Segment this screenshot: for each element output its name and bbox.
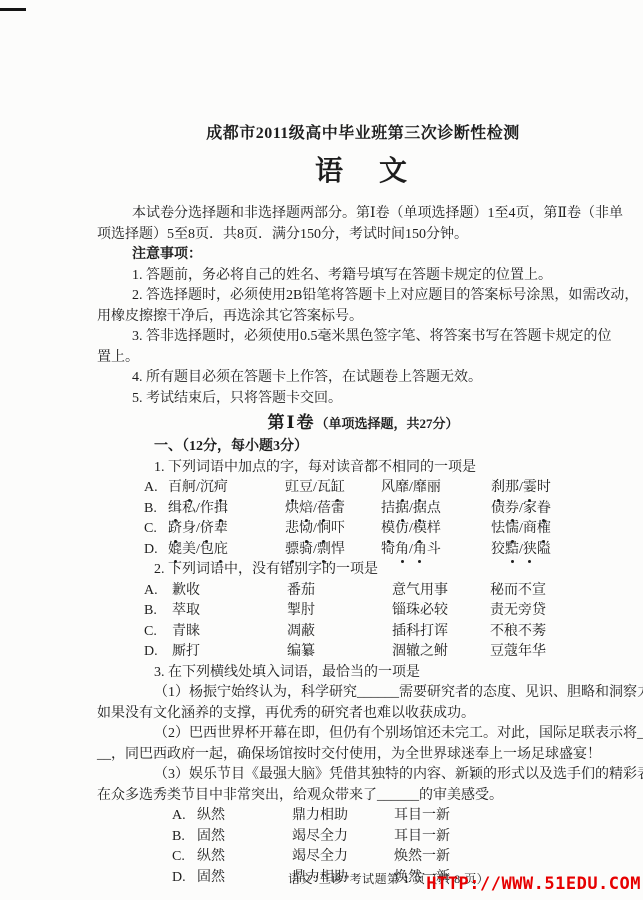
pinyin-pair: 缉私/作揖 xyxy=(168,499,285,520)
option-word: 纵然 xyxy=(197,806,292,827)
option-word: 耳目一新 xyxy=(394,827,629,848)
page-content: 成都市2011级高中毕业班第三次诊断性检测 语 文 本试卷分选择题和非选择题两部… xyxy=(0,0,643,888)
intro-paragraph: 本试卷分选择题和非选择题两部分。第Ⅰ卷（单项选择题）1至4页，第Ⅱ卷（非单 项选… xyxy=(97,204,629,245)
option-letter: C. xyxy=(144,622,172,643)
q3-paragraph-line: 如果没有文化涵养的支撑，再优秀的研究者也难以收获成功。 xyxy=(97,704,629,725)
option-row: A. 百舸/沉疴 豇豆/瓦缸 风靡/靡丽 刹那/霎时 xyxy=(144,478,629,499)
option-word: 锱珠必较 xyxy=(392,601,490,622)
option-word: 歉收 xyxy=(172,581,287,602)
site-url-watermark: HTTP://WWW.51EDU.COM xyxy=(426,874,641,895)
option-row: A. 歉收 番茄 意气用事 秘而不宣 xyxy=(144,581,629,602)
option-row: D. 媲美/包庇 骠骑/剽悍 犄角/角斗 狡黠/狭隘 xyxy=(144,540,629,561)
option-letter: D. xyxy=(172,868,197,889)
section1-subtitle: （单项选择题，共27分） xyxy=(315,416,458,431)
option-word: 萃取 xyxy=(172,601,287,622)
option-row: A. 纵然 鼎力相助 耳目一新 xyxy=(172,806,629,827)
question3-body: （1）杨振宁始终认为，科学研究______需要研究者的态度、见识、胆略和洞察力，… xyxy=(97,683,629,806)
option-row: B. 固然 竭尽全力 耳目一新 xyxy=(172,827,629,848)
question1-options: A. 百舸/沉疴 豇豆/瓦缸 风靡/靡丽 刹那/霎时 B. 缉私/作揖 烘焙/蓓… xyxy=(97,478,629,560)
notice-item: 4. 所有题目必须在答题卡上作答，在试题卷上答题无效。 xyxy=(97,368,629,389)
option-letter: C. xyxy=(172,847,197,868)
option-word: 焕然一新 xyxy=(394,847,629,868)
option-letter: C. xyxy=(144,519,168,540)
option-word: 意气用事 xyxy=(392,581,490,602)
option-word: 固然 xyxy=(197,868,292,889)
option-letter: B. xyxy=(172,827,197,848)
pinyin-pair: 风靡/靡丽 xyxy=(381,478,491,499)
question2-options: A. 歉收 番茄 意气用事 秘而不宣 B. 萃取 掣肘 锱珠必较 责无旁贷 C.… xyxy=(97,581,629,663)
pinyin-pair: 债券/家眷 xyxy=(491,499,629,520)
notice-item-continuation: 置上。 xyxy=(97,348,629,369)
option-letter: D. xyxy=(144,540,168,561)
option-word: 纵然 xyxy=(197,847,292,868)
option-row: B. 萃取 掣肘 锱珠必较 责无旁贷 xyxy=(144,601,629,622)
option-letter: A. xyxy=(172,806,197,827)
option-word: 编纂 xyxy=(287,642,392,663)
question3-stem: 3. 在下列横线处填入词语，最恰当的一项是 xyxy=(97,663,629,684)
option-word: 青睐 xyxy=(172,622,287,643)
notice-heading: 注意事项： xyxy=(97,245,629,266)
subject-title: 语 文 xyxy=(97,156,629,188)
option-word: 竭尽全力 xyxy=(292,847,394,868)
question2-stem: 2. 下列词语中，没有错别字的一项是 xyxy=(97,560,629,581)
option-letter: D. xyxy=(144,642,172,663)
pinyin-pair: 悲恸/恫吓 xyxy=(285,519,381,540)
notice-item: 3. 答非选择题时，必须使用0.5毫米黑色签字笔、将答案书写在答题卡规定的位 xyxy=(97,327,629,348)
option-word: 耳目一新 xyxy=(394,806,629,827)
option-word: 固然 xyxy=(197,827,292,848)
option-word: 涸辙之鲋 xyxy=(392,642,490,663)
exam-title: 成都市2011级高中毕业班第三次诊断性检测 xyxy=(97,124,629,144)
option-row: D. 厮打 编纂 涸辙之鲋 豆蔻年华 xyxy=(144,642,629,663)
pinyin-pair: 刹那/霎时 xyxy=(491,478,629,499)
option-letter: A. xyxy=(144,478,168,499)
pinyin-pair: 媲美/包庇 xyxy=(168,540,285,561)
option-word: 番茄 xyxy=(287,581,392,602)
section1-title: 第Ⅰ卷 xyxy=(268,413,316,432)
pinyin-pair: 跻身/侪辈 xyxy=(168,519,285,540)
pinyin-pair: 烘焙/蓓蕾 xyxy=(285,499,381,520)
option-word: 竭尽全力 xyxy=(292,827,394,848)
q3-paragraph-line: __，同巴西政府一起，确保场馆按时交付使用，为全世界球迷奉上一场足球盛宴！ xyxy=(97,745,629,766)
q3-paragraph-line: （2）巴西世界杯开幕在即，但仍有个别场馆还未完工。对此，国际足联表示将____ xyxy=(97,724,629,745)
option-word: 插科打诨 xyxy=(392,622,490,643)
q3-paragraph-line: （3）娱乐节目《最强大脑》凭借其独特的内容、新颖的形式以及选手们的精彩表现， xyxy=(97,765,629,786)
option-row: C. 纵然 竭尽全力 焕然一新 xyxy=(172,847,629,868)
exam-paper-page: 成都市2011级高中毕业班第三次诊断性检测 语 文 本试卷分选择题和非选择题两部… xyxy=(0,0,643,900)
option-word: 鼎力相助 xyxy=(292,806,394,827)
notice-item: 2. 答选择题时，必须使用2B铅笔将答题卡上对应题目的答案标号涂黑，如需改动， xyxy=(97,286,629,307)
option-letter: B. xyxy=(144,499,168,520)
pinyin-pair: 豇豆/瓦缸 xyxy=(285,478,381,499)
pinyin-pair: 狡黠/狭隘 xyxy=(491,540,629,561)
option-word: 凋蔽 xyxy=(287,622,392,643)
pinyin-pair: 怯懦/商榷 xyxy=(491,519,629,540)
q3-paragraph-line: 在众多选秀类节目中非常突出，给观众带来了______的审美感受。 xyxy=(97,786,629,807)
pinyin-pair: 犄角/角斗 xyxy=(381,540,491,561)
section1-heading: 第Ⅰ卷（单项选择题，共27分） xyxy=(97,411,629,437)
part1-heading: 一、（12分，每小题3分） xyxy=(97,437,629,458)
notice-item: 5. 考试结束后，只将答题卡交回。 xyxy=(97,389,629,410)
option-word: 厮打 xyxy=(172,642,287,663)
option-word: 责无旁贷 xyxy=(490,601,629,622)
option-row: B. 缉私/作揖 烘焙/蓓蕾 拮据/据点 债券/家眷 xyxy=(144,499,629,520)
pinyin-pair: 拮据/据点 xyxy=(381,499,491,520)
pinyin-pair: 百舸/沉疴 xyxy=(168,478,285,499)
option-row: C. 青睐 凋蔽 插科打诨 不稂不莠 xyxy=(144,622,629,643)
option-letter: B. xyxy=(144,601,172,622)
option-word: 秘而不宣 xyxy=(490,581,629,602)
pinyin-pair: 模仿/模样 xyxy=(381,519,491,540)
intro-line: 项选择题）5至8页．共8页．满分150分，考试时间150分钟。 xyxy=(97,225,629,246)
option-word: 不稂不莠 xyxy=(490,622,629,643)
question1-stem: 1. 下列词语中加点的字，每对读音都不相同的一项是 xyxy=(97,458,629,479)
intro-line: 本试卷分选择题和非选择题两部分。第Ⅰ卷（单项选择题）1至4页，第Ⅱ卷（非单 xyxy=(97,204,629,225)
option-word: 掣肘 xyxy=(287,601,392,622)
q3-paragraph-line: （1）杨振宁始终认为，科学研究______需要研究者的态度、见识、胆略和洞察力，… xyxy=(97,683,629,704)
option-letter: A. xyxy=(144,581,172,602)
notice-item-continuation: 用橡皮擦擦干净后，再选涂其它答案标号。 xyxy=(97,307,629,328)
option-row: C. 跻身/侪辈 悲恸/恫吓 模仿/模样 怯懦/商榷 xyxy=(144,519,629,540)
notice-item: 1. 答题前，务必将自己的姓名、考籍号填写在答题卡规定的位置上。 xyxy=(97,266,629,287)
pinyin-pair: 骠骑/剽悍 xyxy=(285,540,381,561)
option-word: 豆蔻年华 xyxy=(490,642,629,663)
scan-corner-mark xyxy=(0,8,26,11)
notice-list: 1. 答题前，务必将自己的姓名、考籍号填写在答题卡规定的位置上。 2. 答选择题… xyxy=(97,266,629,410)
